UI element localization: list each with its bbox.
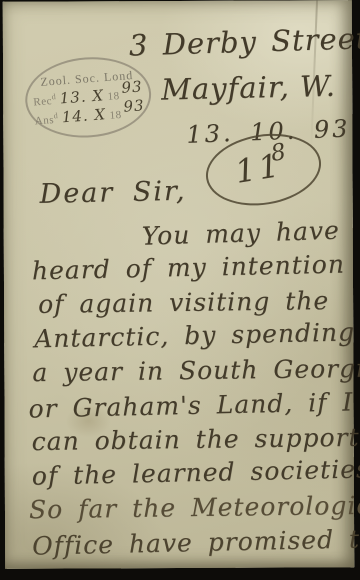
letter-page: Zool. Soc. Lond Recd 13. X 18 93 Ansd 14… [3,0,354,569]
letter-line: or Graham's Land, if I [28,387,353,423]
stamp-answered-century: 18 [109,109,122,122]
circled-number-sup: 8 [269,139,288,167]
stamp-received-year: 93 [121,77,143,97]
stamp-answered-date: 14. X [61,105,107,126]
stamp-answered-sup: d [53,111,58,120]
stamp-received-date: 13. X [59,86,105,107]
letter-photo: Zool. Soc. Lond Recd 13. X 18 93 Ansd 14… [0,0,360,580]
address-line-1: 3 Derby Street, [128,21,360,63]
letter-line: heard of my intention [32,250,346,286]
stamp-received-label: Recd [33,95,57,109]
letter-line: of the learned societies. [32,454,360,491]
letter-line: Antarctic, by spending [34,317,355,353]
letter-line: of again visiting the [38,286,329,319]
letter-line: can obtain the support [32,423,360,456]
letter-line: You may have [141,216,340,251]
letter-line: a year in South Georgia [32,354,360,388]
letter-line: Office have promised to [32,524,360,560]
stamp-received-century: 18 [107,90,120,103]
stamp-received-sup: d [51,92,56,101]
stamp-answered-year: 93 [123,96,145,116]
stamp-answered-label: Ansd [34,114,59,128]
society-receipt-stamp: Zool. Soc. Lond Recd 13. X 18 93 Ansd 14… [22,53,154,142]
salutation: Dear Sir, [39,176,187,210]
address-line-2: Mayfair, W. [161,69,336,107]
letter-line: So far the Meteorological [29,490,360,524]
